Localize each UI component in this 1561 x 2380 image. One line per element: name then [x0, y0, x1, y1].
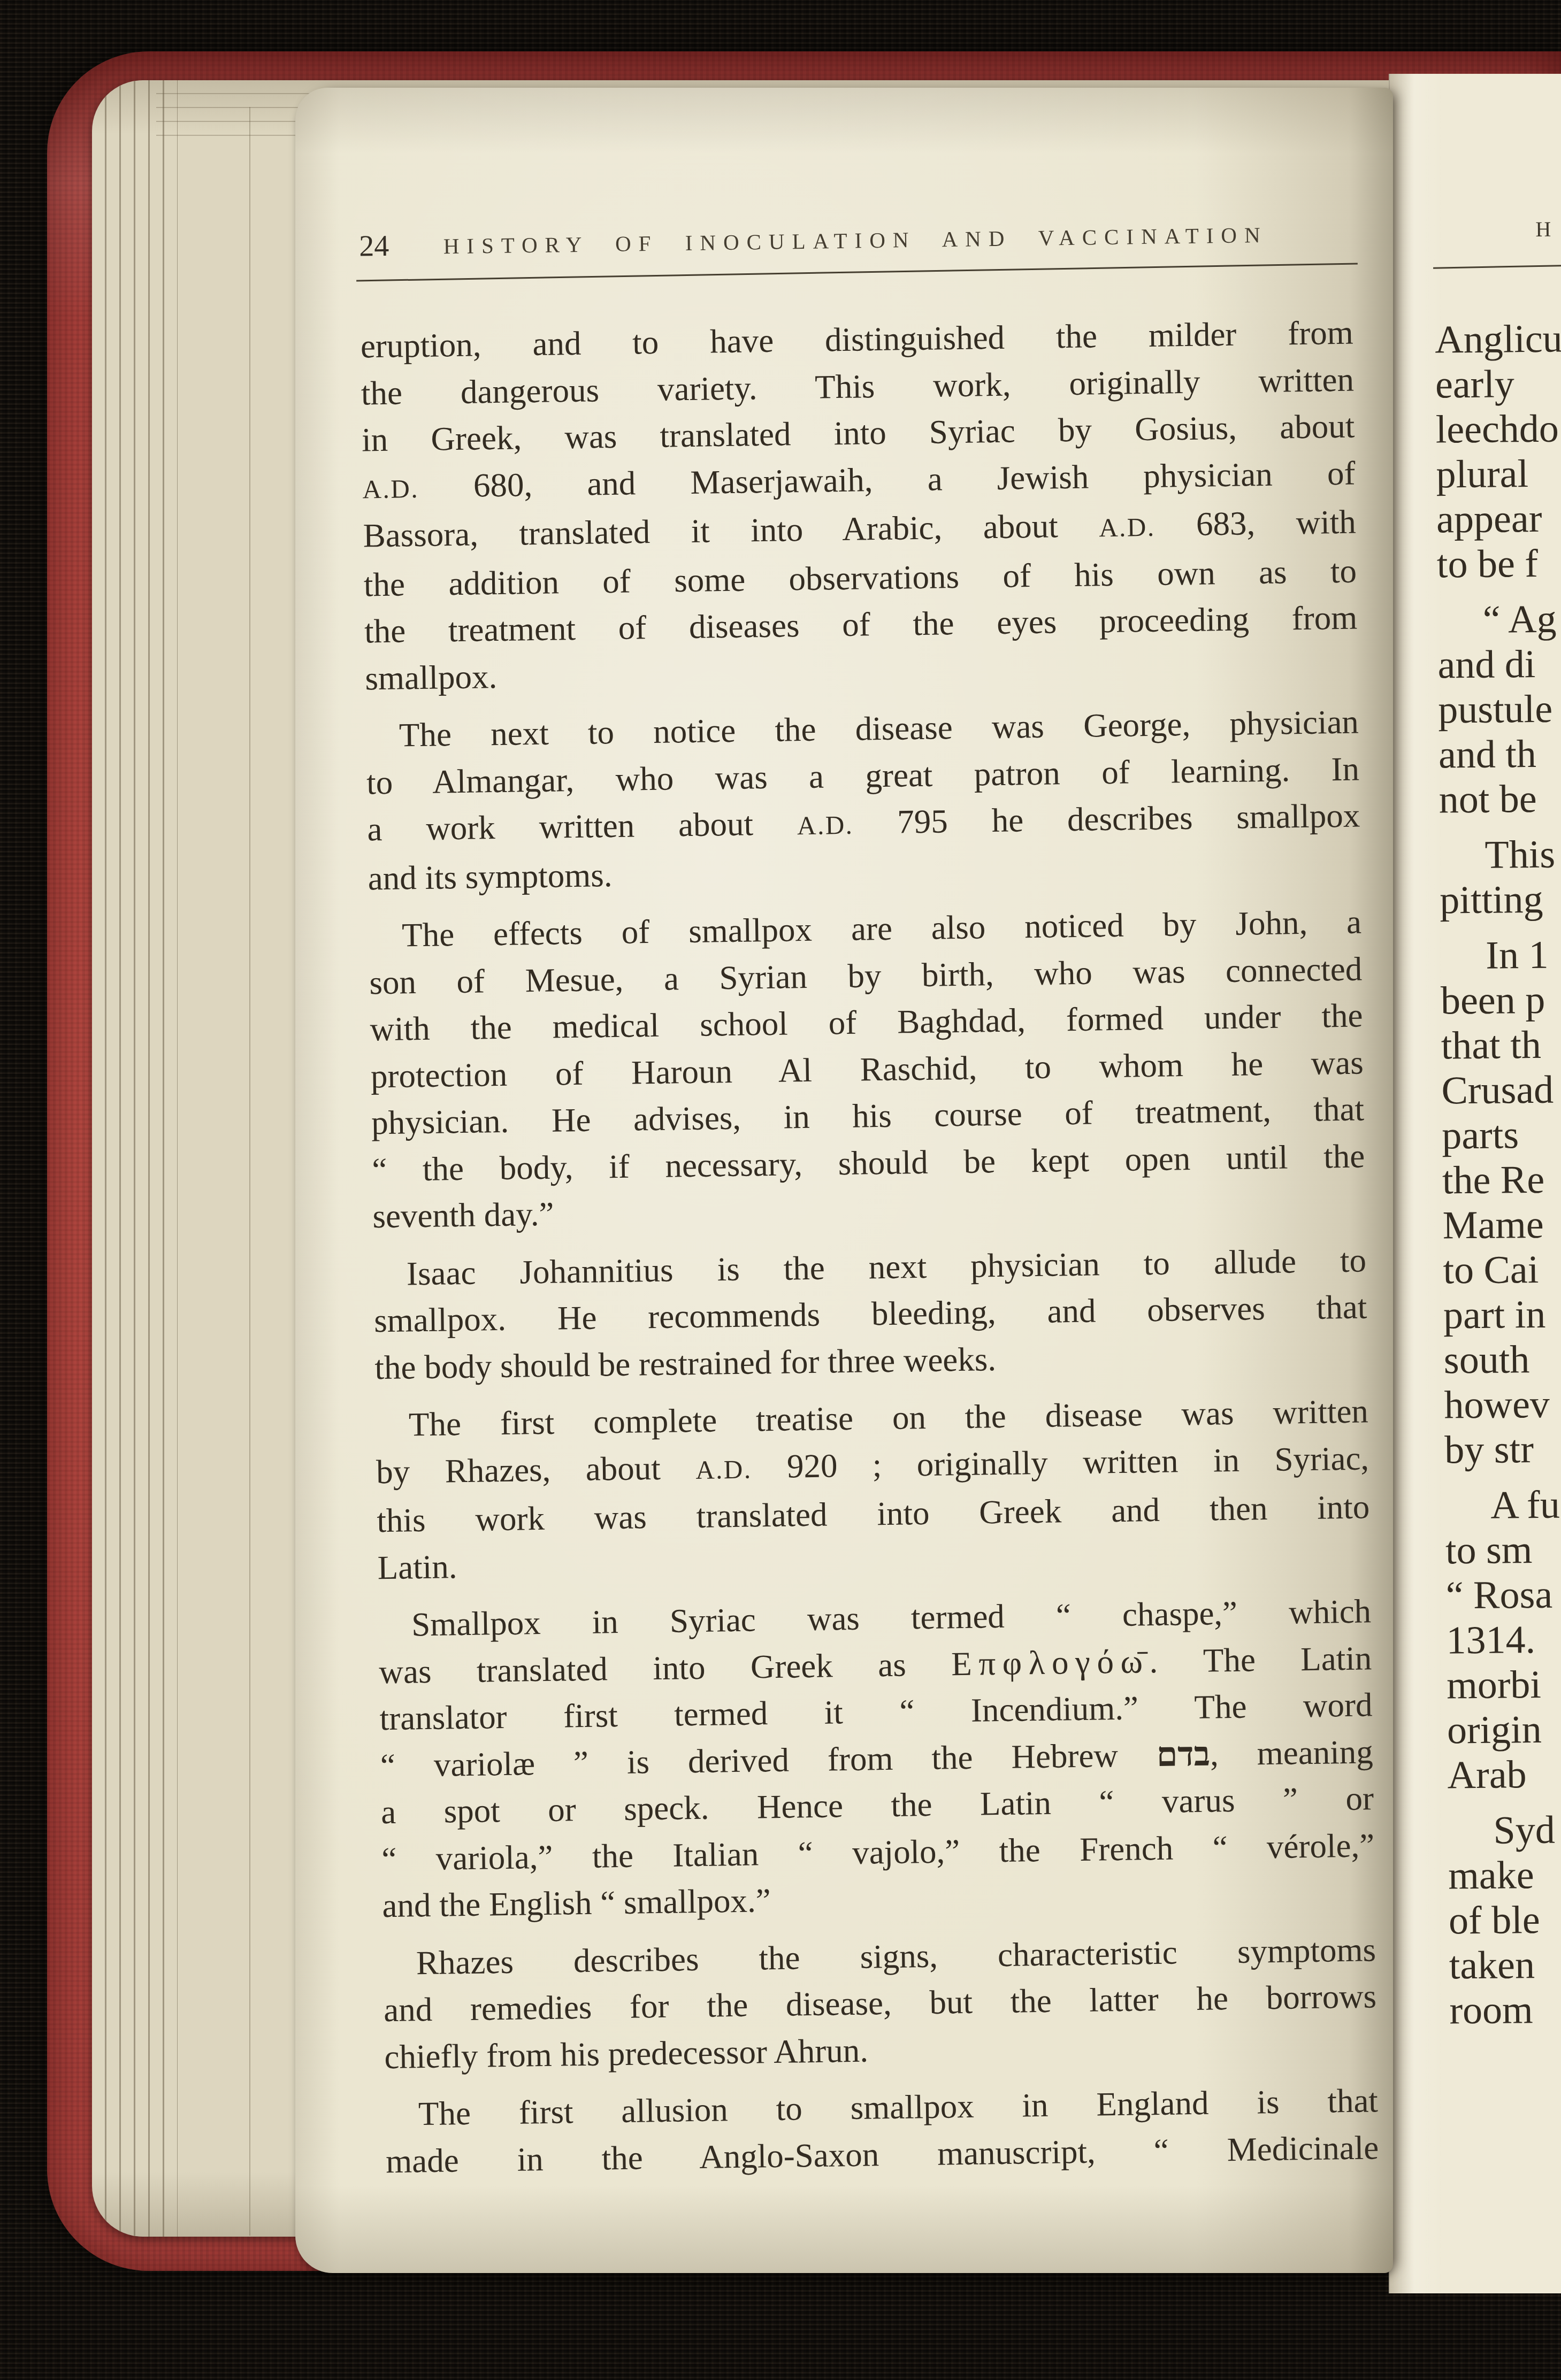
text-line: south: [1444, 1335, 1561, 1383]
paragraph: Smallpox in Syriac was termed “ chaspe,”…: [378, 1588, 1375, 1929]
text-line: taken: [1449, 1940, 1561, 1989]
right-page-content: H Anglicuearlyleechdopluralappearto be f…: [1389, 74, 1561, 2293]
book-photo: H Anglicuearlyleechdopluralappearto be f…: [0, 0, 1561, 2380]
text-line: part in: [1443, 1290, 1561, 1338]
text-line: leechdo: [1435, 404, 1561, 452]
text-line: Crusad: [1441, 1065, 1561, 1114]
text-line: howev: [1444, 1380, 1561, 1428]
header-rule: [356, 263, 1358, 282]
text-line: by str: [1444, 1425, 1561, 1473]
text-line: plural: [1436, 449, 1561, 497]
text-line: early: [1435, 359, 1561, 408]
paragraph: The first allusion to smallpox in Englan…: [385, 2077, 1379, 2185]
right-page-text: Anglicuearlyleechdopluralappearto be f“ …: [1435, 314, 1561, 2044]
paragraph: Isaac Johannitius is the next physician …: [373, 1237, 1367, 1391]
text-line: been p: [1441, 976, 1561, 1024]
text-line: “ Ag: [1437, 595, 1561, 643]
text-line: “ Rosa: [1445, 1570, 1561, 1618]
text-line: to sm: [1445, 1525, 1561, 1573]
text-line: not be: [1438, 774, 1561, 823]
text-line: Mame: [1442, 1200, 1561, 1248]
paragraph: In 1been pthat thCrusadpartsthe ReMameto…: [1440, 931, 1561, 1473]
text-line: to be f: [1437, 539, 1561, 587]
text-line: and di: [1437, 640, 1561, 688]
page-header: 24 HISTORY OF INOCULATION AND VACCINATIO…: [359, 216, 1352, 264]
text-line: pitting: [1440, 875, 1561, 923]
page-edge-lines: [92, 80, 178, 2237]
text-line: to Cai: [1443, 1245, 1561, 1293]
text-line: pustule: [1438, 685, 1561, 733]
text-line: This: [1439, 830, 1561, 878]
paragraph: Sydmakeof bletakenroom: [1448, 1806, 1561, 2033]
text-line: morbi: [1447, 1660, 1561, 1708]
running-head: HISTORY OF INOCULATION AND VACCINATION: [359, 221, 1352, 260]
right-page: H Anglicuearlyleechdopluralappearto be f…: [1389, 74, 1561, 2293]
text-line: Anglicu: [1435, 314, 1561, 363]
paragraph: Thispitting: [1439, 830, 1561, 923]
text-line: Arab: [1447, 1750, 1561, 1798]
paragraph: A futo sm“ Rosa1314.morbioriginArab: [1445, 1480, 1561, 1798]
paragraph: Anglicuearlyleechdopluralappearto be f: [1435, 314, 1561, 587]
text-line: parts: [1442, 1110, 1561, 1158]
text-line: that th: [1441, 1020, 1561, 1069]
paragraph: The next to notice the disease was Georg…: [365, 699, 1361, 902]
left-page-content: 24 HISTORY OF INOCULATION AND VACCINATIO…: [283, 80, 1411, 2281]
paragraph: Rhazes describes the signs, characterist…: [382, 1926, 1377, 2080]
text-line: appear: [1436, 494, 1561, 542]
text-line: room: [1449, 1985, 1561, 2033]
left-page-text: eruption, and to have distinguished the …: [360, 310, 1379, 2196]
text-line: A fu: [1445, 1480, 1561, 1529]
text-line: origin: [1447, 1705, 1561, 1753]
paragraph: The first complete treatise on the disea…: [375, 1388, 1371, 1591]
text-line: Syd: [1448, 1806, 1561, 1854]
text-line: of ble: [1449, 1895, 1561, 1944]
left-page: 24 HISTORY OF INOCULATION AND VACCINATIO…: [295, 88, 1393, 2273]
text-line: and th: [1438, 730, 1561, 778]
page-crease: [249, 107, 250, 2236]
text-line: make: [1448, 1851, 1561, 1899]
right-header-rule: [1433, 263, 1561, 269]
text-line: 1314.: [1446, 1615, 1561, 1663]
paragraph: eruption, and to have distinguished the …: [360, 310, 1358, 702]
paragraph: “ Agand dipustuleand thnot be: [1437, 595, 1561, 823]
text-line: the Re: [1442, 1155, 1561, 1203]
text-line: In 1: [1440, 931, 1561, 979]
right-running-head-fragment: H: [1535, 217, 1557, 242]
paragraph: The effects of smallpox are also noticed…: [369, 899, 1366, 1240]
